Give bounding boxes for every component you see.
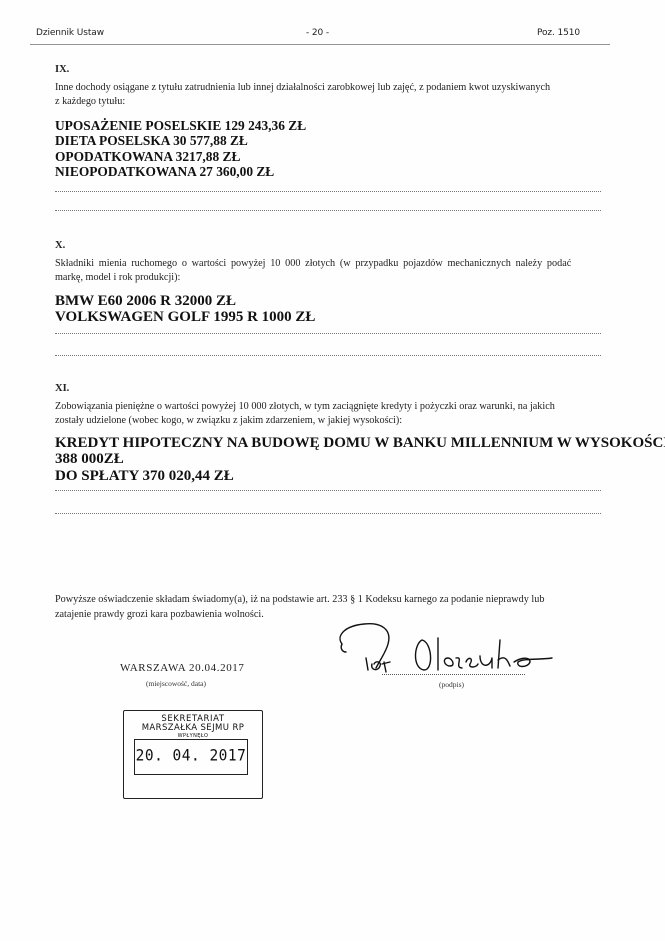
page-number: - 20 - — [306, 28, 329, 38]
answer-line: VOLKSWAGEN GOLF 1995 R 1000 ZŁ — [55, 309, 315, 325]
signature-caption: (podpis) — [439, 680, 464, 689]
section-x-number: X. — [55, 240, 65, 251]
description-line: markę, model i rok produkcji): — [55, 271, 605, 285]
section-x-description: Składniki mienia ruchomego o wartości po… — [55, 257, 605, 284]
section-x-answers: BMW E60 2006 R 32000 ZŁ VOLKSWAGEN GOLF … — [55, 293, 315, 326]
journal-title: Dziennik Ustaw — [36, 28, 104, 38]
dotted-line — [55, 333, 601, 334]
answer-line: DO SPŁATY 370 020,44 ZŁ — [55, 468, 665, 484]
stamp-date-box: 20. 04. 2017 — [134, 739, 248, 775]
answer-line: BMW E60 2006 R 32000 ZŁ — [55, 293, 315, 309]
answer-line: UPOSAŻENIE POSELSKIE 129 243,36 ZŁ — [55, 118, 306, 133]
description-line: z każdego tytułu: — [55, 95, 605, 109]
description-line: Składniki mienia ruchomego o wartości po… — [55, 257, 605, 271]
answer-line: 388 000ZŁ — [55, 451, 665, 467]
header-rule — [30, 44, 610, 45]
description-line: zostały udzielone (wobec kogo, w związku… — [55, 414, 605, 428]
section-xi-description: Zobowiązania pieniężne o wartości powyże… — [55, 400, 605, 427]
section-ix-description: Inne dochody osiągane z tytułu zatrudnie… — [55, 81, 605, 108]
stamp-line-2: MARSZAŁKA SEJMU RP — [124, 723, 262, 733]
dotted-line — [55, 490, 601, 491]
section-ix-answers: UPOSAŻENIE POSELSKIE 129 243,36 ZŁ DIETA… — [55, 118, 306, 179]
dotted-line — [55, 513, 601, 514]
signature-line — [382, 674, 525, 675]
handwritten-signature-icon — [330, 618, 570, 678]
answer-line: DIETA POSELSKA 30 577,88 ZŁ — [55, 133, 306, 148]
document-page: Dziennik Ustaw - 20 - Poz. 1510 IX. Inne… — [0, 0, 665, 941]
dotted-line — [55, 191, 601, 192]
stamp-date: 20. 04. 2017 — [135, 747, 247, 765]
position-number: Poz. 1510 — [537, 28, 580, 38]
answer-line: KREDYT HIPOTECZNY NA BUDOWĘ DOMU W BANKU… — [55, 435, 665, 451]
description-line: Inne dochody osiągane z tytułu zatrudnie… — [55, 81, 605, 95]
place-date-caption: (miejscowość, data) — [146, 679, 206, 688]
section-xi-number: XI. — [55, 383, 69, 394]
answer-line: OPODATKOWANA 3217,88 ZŁ — [55, 149, 306, 164]
answer-line: NIEOPODATKOWANA 27 360,00 ZŁ — [55, 164, 306, 179]
section-ix-number: IX. — [55, 64, 69, 75]
receipt-stamp: SEKRETARIAT MARSZAŁKA SEJMU RP WPŁYNĘŁO … — [123, 710, 263, 799]
dotted-line — [55, 210, 601, 211]
declaration-line: Powyższe oświadczenie składam świadomy(a… — [55, 592, 605, 607]
dotted-line — [55, 355, 601, 356]
place-date: WARSZAWA 20.04.2017 — [120, 662, 245, 674]
description-line: Zobowiązania pieniężne o wartości powyże… — [55, 400, 605, 414]
section-xi-answers: KREDYT HIPOTECZNY NA BUDOWĘ DOMU W BANKU… — [55, 435, 665, 484]
